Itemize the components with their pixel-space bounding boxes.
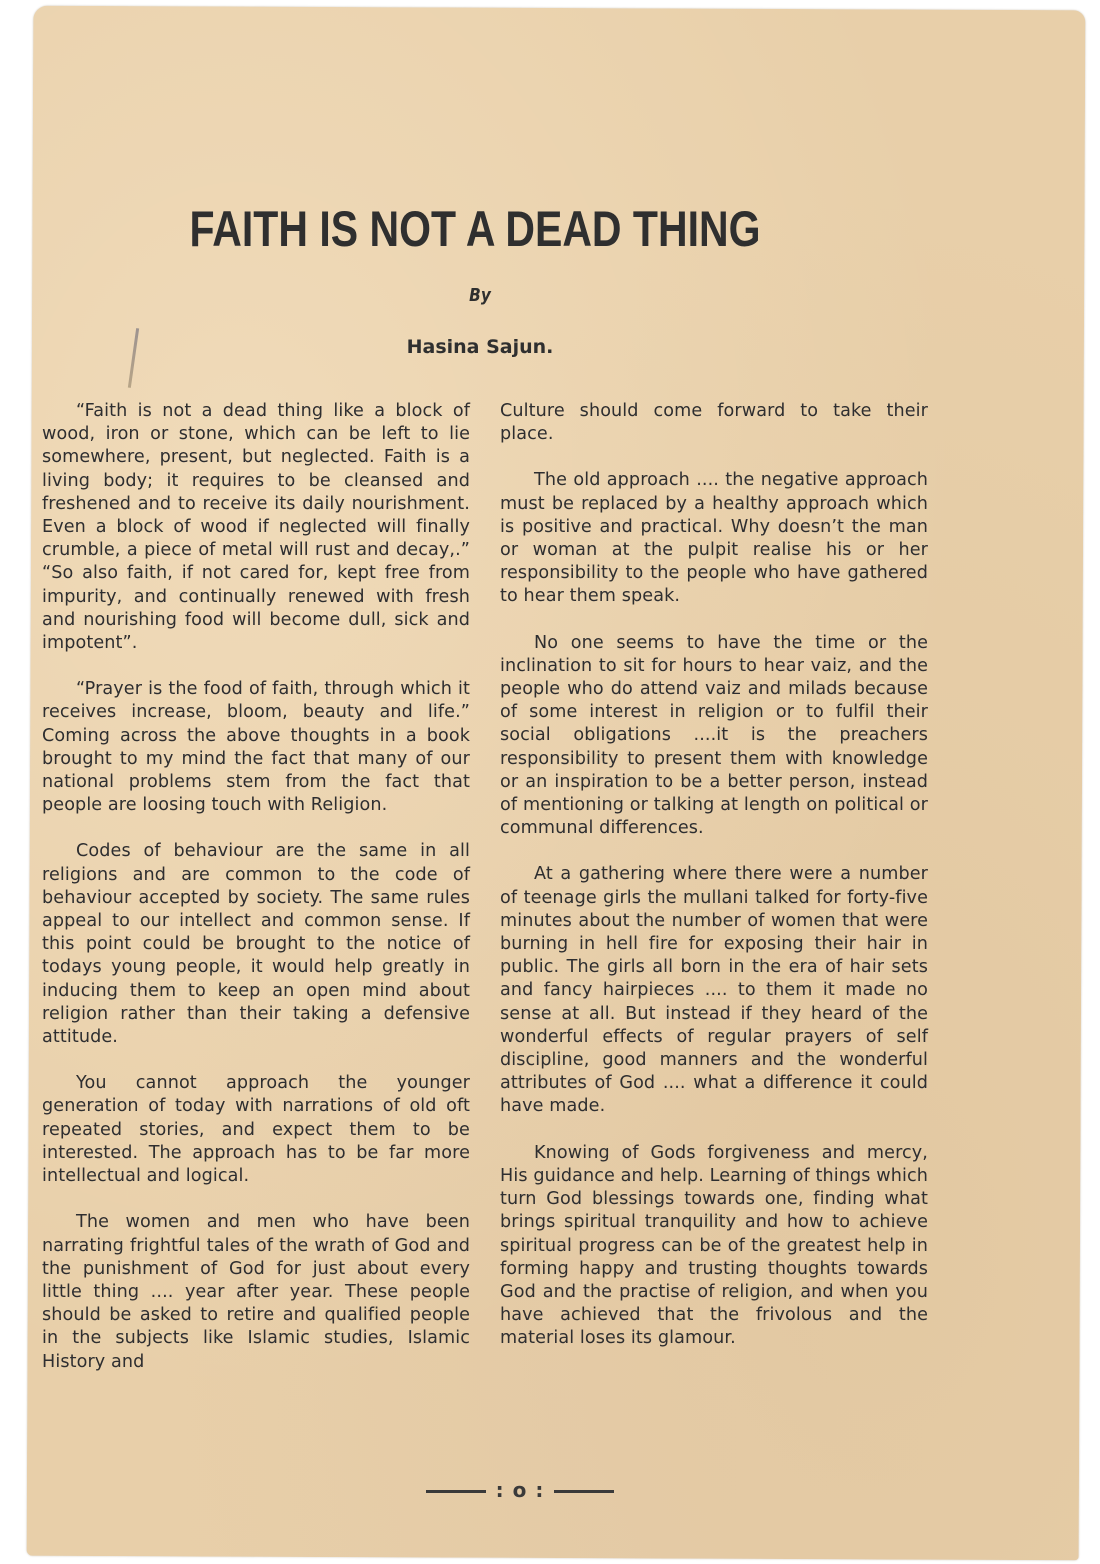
author-name: Hasina Sajun.	[0, 336, 960, 358]
paragraph: Knowing of Gods forgiveness and mercy, H…	[500, 1142, 928, 1351]
divider-rule-right	[554, 1490, 614, 1493]
paragraph: “Faith is not a dead thing like a block …	[42, 400, 470, 655]
end-divider: : o :	[0, 1478, 1040, 1502]
paragraph: Codes of behaviour are the same in all r…	[42, 840, 470, 1049]
article-title: FAITH IS NOT A DEAD THING	[86, 200, 865, 258]
paragraph: No one seems to have the time or the inc…	[500, 632, 928, 841]
divider-rule-left	[426, 1490, 486, 1493]
end-mark: : o :	[496, 1478, 545, 1502]
paragraph: You cannot approach the younger generati…	[42, 1072, 470, 1188]
paragraph: At a gathering where there were a number…	[500, 863, 928, 1118]
left-column: “Faith is not a dead thing like a block …	[42, 400, 470, 1397]
paragraph: “Prayer is the food of faith, through wh…	[42, 678, 470, 817]
byline-prefix: By	[72, 285, 888, 306]
paragraph: The women and men who have been narratin…	[42, 1211, 470, 1373]
paragraph: The old approach .... the negative appro…	[500, 469, 928, 608]
right-column: Culture should come forward to take thei…	[500, 400, 928, 1374]
paragraph: Culture should come forward to take thei…	[500, 400, 928, 446]
